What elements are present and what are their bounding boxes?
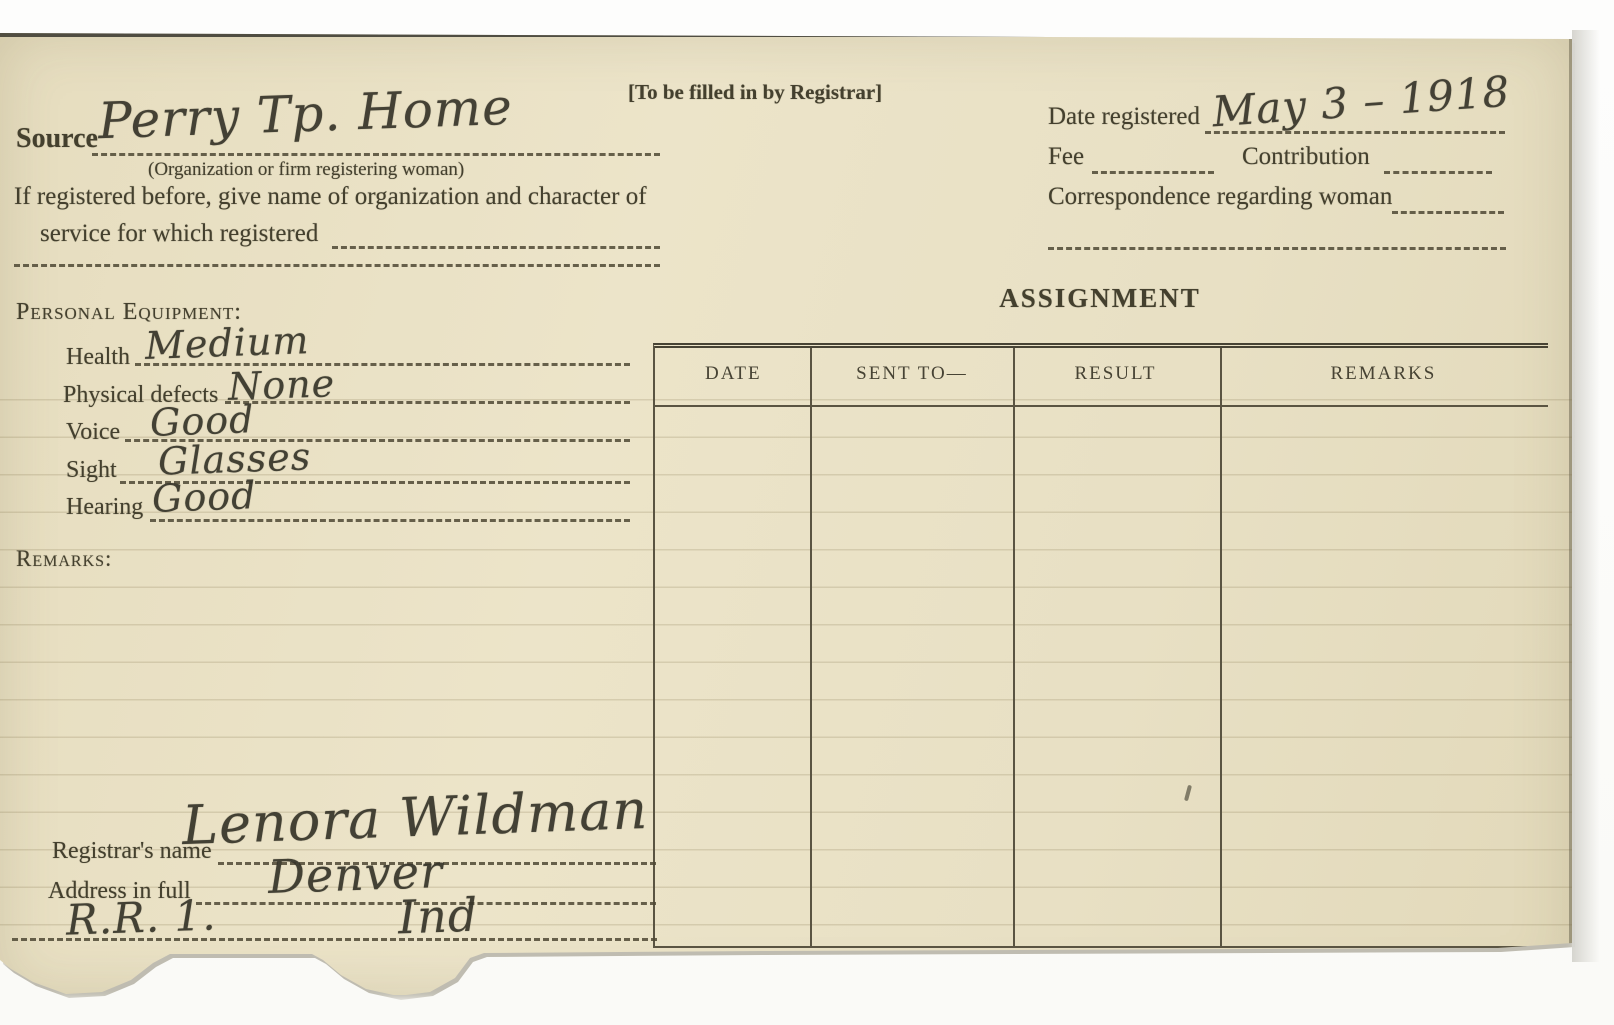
contribution-label: Contribution — [1242, 143, 1370, 171]
voice-label: Voice — [66, 419, 120, 446]
source-sublabel: (Organization or firm registering woman) — [148, 159, 464, 181]
correspondence-label: Correspondence regarding woman — [1048, 183, 1392, 211]
remarks-label: Remarks: — [16, 546, 112, 572]
registered-before-fill-line-2 — [14, 264, 660, 267]
fee-label: Fee — [1048, 143, 1084, 171]
sight-label: Sight — [66, 457, 117, 484]
hearing-value-handwriting: Good — [151, 473, 257, 521]
header-underline — [655, 405, 1548, 407]
date-registered-label: Date registered — [1048, 103, 1200, 131]
fee-fill-line — [1092, 171, 1214, 174]
column-header-date: DATE — [655, 363, 812, 385]
assignment-table: DATE SENT TO— RESULT REMARKS — [653, 343, 1548, 948]
state-handwriting: Ind — [397, 888, 479, 945]
registration-card: [To be filled in by Registrar] Source Pe… — [0, 33, 1572, 995]
registered-before-line2: service for which registered — [40, 220, 318, 248]
correspondence-fill-line — [1392, 211, 1504, 214]
rural-route-handwriting: R.R. 1. — [65, 890, 217, 944]
hearing-label: Hearing — [66, 494, 143, 521]
assignment-title: ASSIGNMENT — [950, 283, 1250, 314]
source-fill-line — [92, 153, 660, 156]
column-divider — [1220, 348, 1222, 946]
column-divider — [810, 348, 812, 946]
registered-before-fill-line — [332, 246, 660, 249]
correspondence-fill-line-2 — [1048, 247, 1506, 250]
registered-before-line1: If registered before, give name of organ… — [14, 183, 647, 211]
column-header-sent-to: SENT TO— — [812, 363, 1013, 385]
source-label: Source — [16, 123, 98, 155]
column-header-remarks: REMARKS — [1219, 363, 1548, 385]
hearing-fill-line — [150, 519, 630, 522]
contribution-fill-line — [1384, 171, 1492, 174]
column-header-result: RESULT — [1012, 363, 1219, 385]
column-divider — [1013, 348, 1015, 946]
health-label: Health — [66, 344, 130, 371]
registrar-note: [To be filled in by Registrar] — [628, 80, 882, 105]
scanned-card-page: [To be filled in by Registrar] Source Pe… — [0, 0, 1614, 1025]
assignment-table-header: DATE SENT TO— RESULT REMARKS — [655, 348, 1548, 385]
health-value-handwriting: Medium — [144, 318, 310, 368]
scan-edge-shadow — [1572, 30, 1600, 962]
